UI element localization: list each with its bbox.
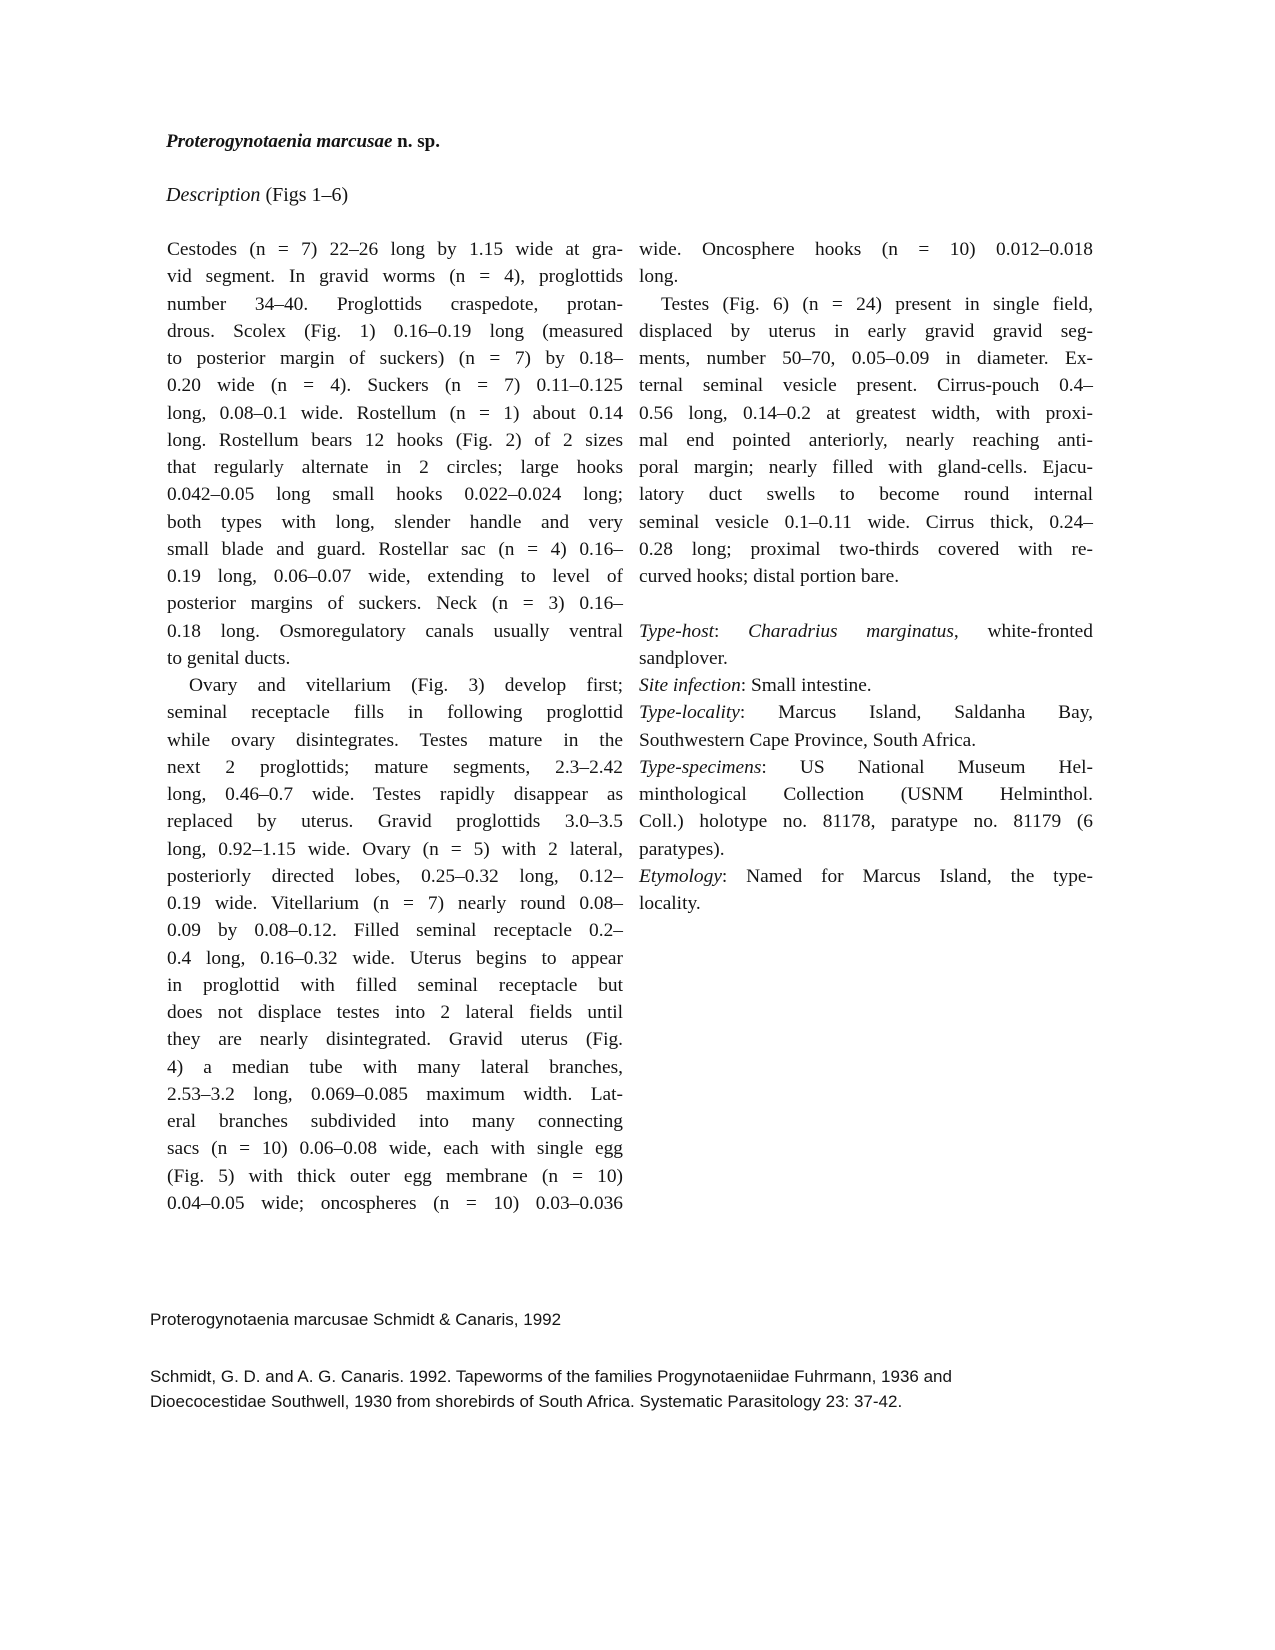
text-line: seminal vesicle 0.1–0.11 wide. Cirrus th…	[639, 509, 1093, 536]
text-line: Testes (Fig. 6) (n = 24) present in sing…	[639, 291, 1093, 318]
text-line: both types with long, slender handle and…	[167, 509, 623, 536]
text-line: 0.28 long; proximal two-thirds covered w…	[639, 536, 1093, 563]
text-line: Cestodes (n = 7) 22–26 long by 1.15 wide…	[167, 236, 623, 263]
text-line: 0.042–0.05 long small hooks 0.022–0.024 …	[167, 481, 623, 508]
text-line: ments, number 50–70, 0.05–0.09 in diamet…	[639, 345, 1093, 372]
type-specimens-value: : US National Museum Hel-	[761, 757, 1093, 778]
text-line: Ovary and vitellarium (Fig. 3) develop f…	[167, 672, 623, 699]
text-line: long, 0.46–0.7 wide. Testes rapidly disa…	[167, 781, 623, 808]
text-line: poral margin; nearly filled with gland-c…	[639, 454, 1093, 481]
text-line: paratypes).	[639, 836, 1093, 863]
text-line: vid segment. In gravid worms (n = 4), pr…	[167, 263, 623, 290]
text-line: 2.53–3.2 long, 0.069–0.085 maximum width…	[167, 1081, 623, 1108]
text-line: posterior margins of suckers. Neck (n = …	[167, 590, 623, 617]
left-column: Cestodes (n = 7) 22–26 long by 1.15 wide…	[167, 236, 623, 1217]
text-line: does not displace testes into 2 lateral …	[167, 999, 623, 1026]
type-host-label: Type-host	[639, 621, 714, 642]
description-figs: (Figs 1–6)	[265, 184, 348, 206]
type-locality-label: Type-locality	[639, 702, 740, 723]
text-line: locality.	[639, 890, 1093, 917]
text-line: posteriorly directed lobes, 0.25–0.32 lo…	[167, 863, 623, 890]
text-line: 0.19 long, 0.06–0.07 wide, extending to …	[167, 563, 623, 590]
text-line: Coll.) holotype no. 81178, paratype no. …	[639, 808, 1093, 835]
text-line: they are nearly disintegrated. Gravid ut…	[167, 1026, 623, 1053]
text-line: while ovary disintegrates. Testes mature…	[167, 727, 623, 754]
etymology-line: Etymology: Named for Marcus Island, the …	[639, 863, 1093, 890]
type-host-species: Charadrius marginatus	[748, 621, 954, 642]
text-line: replaced by uterus. Gravid proglottids 3…	[167, 808, 623, 835]
paragraph-gap	[639, 590, 1093, 617]
text-line: in proglottid with filled seminal recept…	[167, 972, 623, 999]
footer-title: Proterogynotaenia marcusae Schmidt & Can…	[150, 1310, 561, 1330]
right-column: wide. Oncosphere hooks (n = 10) 0.012–0.…	[639, 236, 1093, 917]
description-label: Description	[166, 184, 260, 206]
text-line: drous. Scolex (Fig. 1) 0.16–0.19 long (m…	[167, 318, 623, 345]
site-infection-label: Site infection	[639, 675, 741, 696]
text-line: to posterior margin of suckers) (n = 7) …	[167, 345, 623, 372]
text-line: to genital ducts.	[167, 645, 623, 672]
type-host-line: Type-host: Charadrius marginatus, white-…	[639, 618, 1093, 645]
text-line: small blade and guard. Rostellar sac (n …	[167, 536, 623, 563]
text-line: curved hooks; distal portion bare.	[639, 563, 1093, 590]
text-line: ternal seminal vesicle present. Cirrus-p…	[639, 372, 1093, 399]
species-suffix: n. sp.	[397, 131, 440, 152]
type-locality-value: : Marcus Island, Saldanha Bay,	[740, 702, 1093, 723]
type-host-rest: , white-fronted	[954, 621, 1093, 642]
type-specimens-label: Type-specimens	[639, 757, 761, 778]
text-line: long.	[639, 263, 1093, 290]
etymology-label: Etymology	[639, 866, 722, 887]
site-infection-line: Site infection: Small intestine.	[639, 672, 1093, 699]
etymology-value: : Named for Marcus Island, the type-	[722, 866, 1093, 887]
species-title: Proterogynotaenia marcusae n. sp.	[166, 131, 440, 153]
text-line: sacs (n = 10) 0.06–0.08 wide, each with …	[167, 1135, 623, 1162]
type-locality-line: Type-locality: Marcus Island, Saldanha B…	[639, 699, 1093, 726]
species-name: Proterogynotaenia marcusae	[166, 131, 392, 152]
text-line: long, 0.08–0.1 wide. Rostellum (n = 1) a…	[167, 400, 623, 427]
text-line: eral branches subdivided into many conne…	[167, 1108, 623, 1135]
text-line: seminal receptacle fills in following pr…	[167, 699, 623, 726]
type-specimens-line: Type-specimens: US National Museum Hel-	[639, 754, 1093, 781]
site-infection-value: : Small intestine.	[741, 675, 872, 696]
text-line: 0.18 long. Osmoregulatory canals usually…	[167, 618, 623, 645]
description-heading: Description (Figs 1–6)	[166, 184, 348, 207]
text-line: number 34–40. Proglottids craspedote, pr…	[167, 291, 623, 318]
text-line: 0.04–0.05 wide; oncospheres (n = 10) 0.0…	[167, 1190, 623, 1217]
text-line: 0.19 wide. Vitellarium (n = 7) nearly ro…	[167, 890, 623, 917]
reference-line: Dioecocestidae Southwell, 1930 from shor…	[150, 1389, 952, 1414]
text-line: long. Rostellum bears 12 hooks (Fig. 2) …	[167, 427, 623, 454]
text-line: latory duct swells to become round inter…	[639, 481, 1093, 508]
reference-citation: Schmidt, G. D. and A. G. Canaris. 1992. …	[150, 1364, 952, 1414]
text-line: mal end pointed anteriorly, nearly reach…	[639, 427, 1093, 454]
text-line: 0.4 long, 0.16–0.32 wide. Uterus begins …	[167, 945, 623, 972]
text-line: that regularly alternate in 2 circles; l…	[167, 454, 623, 481]
text-line: next 2 proglottids; mature segments, 2.3…	[167, 754, 623, 781]
text-line: wide. Oncosphere hooks (n = 10) 0.012–0.…	[639, 236, 1093, 263]
text-line: displaced by uterus in early gravid grav…	[639, 318, 1093, 345]
text-line: long, 0.92–1.15 wide. Ovary (n = 5) with…	[167, 836, 623, 863]
text-line: 0.20 wide (n = 4). Suckers (n = 7) 0.11–…	[167, 372, 623, 399]
text-line: 0.56 long, 0.14–0.2 at greatest width, w…	[639, 400, 1093, 427]
text-line: 4) a median tube with many lateral branc…	[167, 1054, 623, 1081]
reference-line: Schmidt, G. D. and A. G. Canaris. 1992. …	[150, 1364, 952, 1389]
text-line: (Fig. 5) with thick outer egg membrane (…	[167, 1163, 623, 1190]
text-line: sandplover.	[639, 645, 1093, 672]
text-line: minthological Collection (USNM Helmintho…	[639, 781, 1093, 808]
text-line: 0.09 by 0.08–0.12. Filled seminal recept…	[167, 917, 623, 944]
text-line: Southwestern Cape Province, South Africa…	[639, 727, 1093, 754]
